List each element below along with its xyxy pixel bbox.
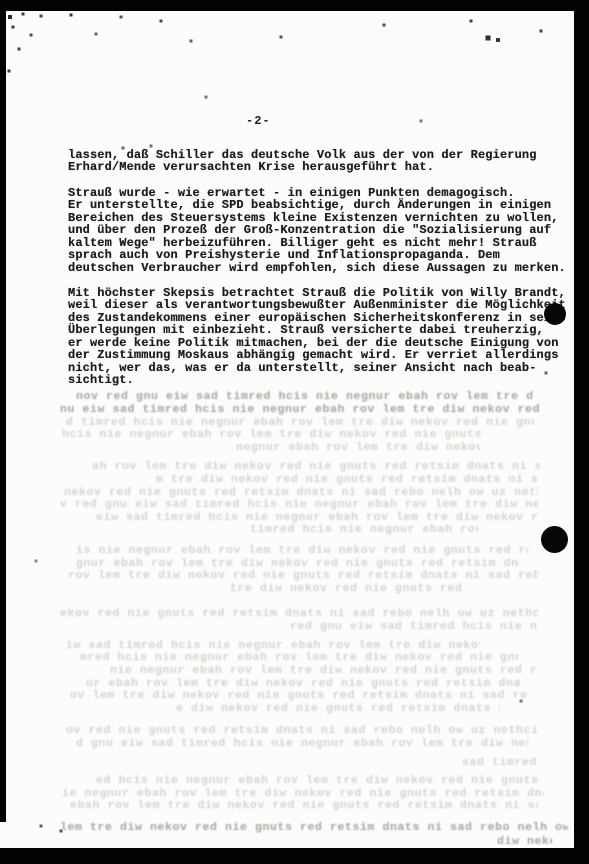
faded-text-line: diw neko [497,835,552,847]
faded-text-line: v red gnu eiw sad timred hcis nie negnur… [60,498,538,510]
faded-text-line: red gnu eiw sad timred hcis nie neg [290,620,538,632]
paragraph-intro: lassen, daß Schiller das deutsche Volk a… [68,149,537,174]
scan-border-top [0,0,589,11]
punch-hole-mark [544,303,566,325]
faded-text-line: ie negnur ebah rov lem tre diw nekov red… [62,787,544,799]
faded-text-line: eiw sad timred hcis nie negnur ebah rov … [96,511,538,523]
faded-text-line: rov lem tre diw nekov red nie gnuts red … [68,569,538,581]
paragraph-strauss-demagogisch: Strauß wurde - wie erwartet - in einigen… [68,187,566,274]
faded-text-line: ur ebah rov lem tre diw nekov red nie gn… [86,677,520,689]
punch-hole-mark [541,526,568,553]
faded-text-line: e diw nekov red nie gnuts red retsim dna… [176,702,500,714]
faded-text-line: ov lem tre diw nekov red nie gnuts red r… [70,689,528,701]
scan-border-left [0,10,6,822]
scan-border-right [574,0,589,864]
faded-text-line: ebah rov lem tre diw nekov red nie gnuts… [70,799,538,811]
faded-text-line: mred hcis nie negnur ebah rov lem tre di… [80,651,518,663]
faded-text-line: hcis nie negnur ebah rov lem tre diw nek… [62,428,482,440]
faded-text-line: ed hcis nie negnur ebah rov lem tre diw … [96,774,538,786]
faded-text-line: d gnu eiw sad timred hcis nie negnur eba… [76,737,528,749]
scanned-document-page: -2- lassen, daß Schiller das deutsche Vo… [0,0,589,864]
faded-text-line: nov red gnu eiw sad timred hcis nie negn… [76,390,534,402]
scan-border-bottom [0,848,589,864]
faded-text-line: lem tre diw nekov red nie gnuts red rets… [60,821,568,833]
faded-text-line: nu eiw sad timred hcis nie negnur ebah r… [60,403,542,415]
paragraph-skepsis-brandt: Mit höchster Skepsis betrachtet Strauß d… [68,287,566,387]
faded-text-line: timred hcis nie negnur ebah rov [250,523,478,535]
faded-text-line: nekov red nie gnuts red retsim dnats ni … [64,486,538,498]
faded-text-line: ov red nie gnuts red retsim dnats ni sad… [66,724,538,736]
faded-text-line: negnur ebah rov lem tre diw nekov [236,441,480,453]
faded-text-line: ah rov lem tre diw nekov red nie gnuts r… [92,460,540,472]
page-number: -2- [246,114,271,128]
faded-text-line: is nie negnur ebah rov lem tre diw nekov… [76,544,528,556]
faded-text-line: d timred hcis nie negnur ebah rov lem tr… [66,416,534,428]
faded-text-line: tre diw nekov red nie gnuts red re [230,582,468,594]
scan-noise-speckles [0,0,2,2]
faded-text-line: m tre diw nekov red nie gnuts red retsim… [156,473,538,485]
faded-text-line: ekov red nie gnuts red retsim dnats ni s… [60,607,538,619]
faded-text-line: gnur ebah rov lem tre diw nekov red nie … [76,557,520,569]
faded-text-line: sad timred [462,756,550,768]
faded-text-line: iw sad timred hcis nie negnur ebah rov l… [66,639,480,651]
faded-text-line: nie negnur ebah rov lem tre diw nekov re… [110,664,538,676]
